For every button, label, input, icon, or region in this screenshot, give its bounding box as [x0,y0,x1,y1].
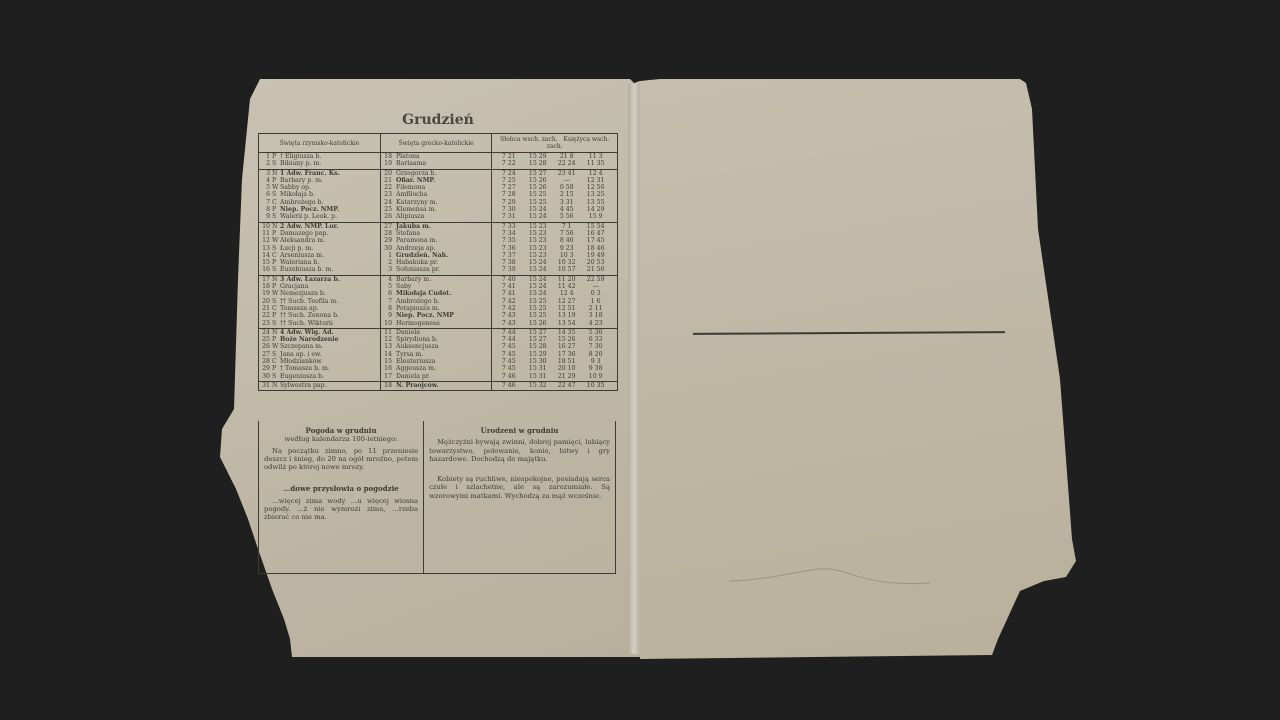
moonrise: 21 8 [552,153,581,160]
times-cell: 7 4415 2715 266 33 [492,336,618,343]
table-row: 10N2 Adw. NMP. Lor.27 Jakuba m.7 3315 23… [259,222,618,230]
greek-catholic-cell: 7 Ambrożego b. [381,298,492,305]
born-men-text: Mężczyźni bywają zwinni, dobrej pamięci,… [429,438,610,463]
gk-saint: Paramona m. [396,237,437,244]
roman-catholic-cell: 4PBarbary p. m. [259,177,381,184]
roman-catholic-cell: 31NSylwestra pap. [259,381,381,390]
greek-catholic-cell: 3 Sofoniasza pr. [381,266,492,275]
gk-saint: Grzegorza b. [396,170,436,177]
gk-saint: Filemona [396,184,425,191]
greek-catholic-cell: 11 Daniela [381,328,492,336]
day-number: 19 [261,290,270,297]
gk-saint: Tyrsa m. [396,351,423,358]
rk-saint: Sylwestra pap. [280,382,327,389]
table-row: 2SBibiany p. m.19 Barlaama7 2215 2822 24… [259,160,618,169]
header-sun: Słońca wsch. zach. [500,136,558,143]
sunset: 15 23 [523,245,552,252]
times-cell: 7 3915 2410 5721 56 [492,266,618,275]
moonrise: 10 32 [552,259,581,266]
sunset: 15 29 [523,351,552,358]
sunrise: 7 37 [494,252,523,259]
rk-saint: Euzebiusza b. m. [280,266,333,273]
weather-subtitle: według kalendarza 100-letniego: [264,435,418,443]
weekday: S [272,160,280,167]
day-number: 6 [261,191,270,198]
table-row: 25PBoże Narodzenie12 Spirydiona b.7 4415… [259,336,618,343]
weekday: P [272,153,280,160]
greek-catholic-cell: 12 Spirydiona b. [381,336,492,343]
weekday: W [272,237,280,244]
gk-saint: Platona [396,153,420,160]
sunset: 15 23 [523,237,552,244]
gk-day-number: 3 [383,266,392,273]
calendar-body: 1P† Eligiusza b.18 Platona7 2115 2921 81… [259,153,618,391]
day-number: 17 [261,276,270,283]
day-number: 26 [261,343,270,350]
roman-catholic-cell: 5WSabby op. [259,184,381,191]
times-cell: 7 4215 2512 512 11 [492,305,618,312]
sunset: 15 24 [523,283,552,290]
sunset: 15 24 [523,290,552,297]
greek-catholic-cell: 30 Andrzeja ap. [381,245,492,252]
sunrise: 7 25 [494,177,523,184]
day-number: 7 [261,199,270,206]
moonrise: 3 31 [552,199,581,206]
sunrise: 7 41 [494,283,523,290]
rk-saint: Barbary p. m. [280,177,323,184]
weather-box: Pogoda w grudniu według kalendarza 100-l… [259,421,424,573]
moonrise: 16 27 [552,343,581,350]
rk-saint: Bibiany p. m. [280,160,321,167]
roman-catholic-cell: 8PNiep. Pocz. NMP. [259,206,381,213]
table-row: 19WNemezjusza b.6 Mikołaja Cudot.7 4115 … [259,290,618,297]
weekday: P [272,206,280,213]
day-number: 12 [261,237,270,244]
table-row: 5WSabby op.22 Filemona7 2715 260 5812 56 [259,184,618,191]
moonset: 10 35 [581,382,610,389]
rk-saint: † Tomasza b. m. [280,365,330,372]
rk-saint: 3 Adw. Łazarza b. [280,276,340,283]
table-row: 28CMłodzianków15 Eleuteriusza7 4515 3018… [259,358,618,365]
rk-saint: 2 Adw. NMP. Lor. [280,223,338,230]
rk-saint: Walerii p. Leok. p. [280,213,337,220]
sunrise: 7 24 [494,170,523,177]
moonset: 10 9 [581,373,610,380]
roman-catholic-cell: 1P† Eligiusza b. [259,153,381,161]
gk-saint: Daniela pr. [396,373,430,380]
roman-catholic-cell: 24N4 Adw. Wig. Ad. [259,328,381,336]
sunset: 15 26 [523,184,552,191]
day-number: 1 [261,153,270,160]
greek-catholic-cell: 9 Niep. Pocz. NMP [381,312,492,319]
times-cell: 7 3815 2410 3220 53 [492,259,618,266]
gk-day-number: 18 [383,382,392,389]
roman-catholic-cell: 28CMłodzianków [259,358,381,365]
sunset: 15 28 [523,343,552,350]
gk-saint: Potapiusza m. [396,305,440,312]
rk-saint: Niep. Pocz. NMP. [280,206,339,213]
times-cell: 7 4315 2513 193 18 [492,312,618,319]
table-row: 24N4 Adw. Wig. Ad.11 Daniela7 4415 2714 … [259,328,618,336]
greek-catholic-cell: 24 Katarzyny m. [381,199,492,206]
roman-catholic-cell: 20S†† Sucb. Teofila m. [259,298,381,305]
day-number: 14 [261,252,270,259]
gk-day-number: 30 [383,245,392,252]
times-cell: 7 3415 237 5616 47 [492,230,618,237]
weekday: N [272,329,280,336]
times-cell: 7 4115 2411 42— [492,283,618,290]
moonset: 22 59 [581,276,610,283]
gk-saint: Ambrożego b. [396,298,439,305]
sunrise: 7 42 [494,305,523,312]
sunset: 15 27 [523,336,552,343]
greek-catholic-cell: 21 Ofiar. NMP. [381,177,492,184]
sunrise: 7 45 [494,365,523,372]
sunset: 15 30 [523,358,552,365]
greek-catholic-cell: 15 Eleuteriusza [381,358,492,365]
sunrise: 7 46 [494,382,523,389]
moonrise: 5 56 [552,213,581,220]
weekday: N [272,276,280,283]
gk-saint: Ofiar. NMP. [396,177,435,184]
calendar-december: Grudzień Święta rzymsko-katolickie Święt… [258,112,618,391]
greek-catholic-cell: 6 Mikołaja Cudot. [381,290,492,297]
roman-catholic-cell: 29P† Tomasza b. m. [259,365,381,372]
sunset: 15 25 [523,305,552,312]
weekday: N [272,170,280,177]
gk-saint: Grudzień. Nah. [396,252,448,259]
gk-day-number: 29 [383,237,392,244]
sunrise: 7 42 [494,298,523,305]
greek-catholic-cell: 26 Alipiusza [381,213,492,222]
gk-saint: Niep. Pocz. NMP [396,312,454,319]
weather-text: Na początku zimno, po 11 przeniesie desz… [264,447,418,472]
moonset: 9 3 [581,358,610,365]
info-boxes: Pogoda w grudniu według kalendarza 100-l… [258,421,616,574]
table-row: 15PWaleriana b.2 Habakuka pr.7 3815 2410… [259,259,618,266]
proverbs-title: …dowe przysłowia o pogodzie [264,485,418,493]
times-cell: 7 2515 26—12 31 [492,177,618,184]
roman-catholic-cell: 27SJana ap. i ew. [259,351,381,358]
gk-day-number: 17 [383,373,392,380]
times-cell: 7 3015 244 4514 29 [492,206,618,213]
table-row: 12WAleksandra m.29 Paramona m.7 3515 238… [259,237,618,244]
table-row: 7CAmbrożego b.24 Katarzyny m.7 2915 253 … [259,199,618,206]
rk-saint: Tomasza ap. [280,305,319,312]
gk-day-number: 19 [383,160,392,167]
greek-catholic-cell: 19 Barlaama [381,160,492,169]
weekday: P [272,312,280,319]
table-row: 22P†† Such. Zenona b.9 Niep. Pocz. NMP7 … [259,312,618,319]
day-number: 23 [261,320,270,327]
gk-day-number: 14 [383,351,392,358]
sunrise: 7 28 [494,191,523,198]
table-row: 16SEuzebiusza b. m.3 Sofoniasza pr.7 391… [259,266,618,275]
moonrise: 7 56 [552,230,581,237]
roman-catholic-cell: 15PWaleriana b. [259,259,381,266]
moonrise: 20 10 [552,365,581,372]
roman-catholic-cell: 3N1 Adw. Franc. Ks. [259,169,381,177]
sunrise: 7 46 [494,373,523,380]
gk-day-number: 16 [383,365,392,372]
gk-day-number: 13 [383,343,392,350]
gk-saint: Katarzyny m. [396,199,437,206]
moonset: 6 33 [581,336,610,343]
weekday: P [272,177,280,184]
gk-day-number: 5 [383,283,392,290]
sunset: 15 31 [523,373,552,380]
sunrise: 7 43 [494,312,523,319]
sunrise: 7 33 [494,223,523,230]
gk-day-number: 9 [383,312,392,319]
weekday: W [272,290,280,297]
table-row: 18PGracjana5 Saby7 4115 2411 42— [259,283,618,290]
times-cell: 7 4015 2411 2022 59 [492,275,618,283]
greek-catholic-cell: 16 Aggeusza m. [381,365,492,372]
gk-day-number: 10 [383,320,392,327]
table-row: 17N3 Adw. Łazarza b.4 Barbary m.7 4015 2… [259,275,618,283]
gk-saint: Spirydiona b. [396,336,438,343]
moonset: 13 55 [581,199,610,206]
table-row: 8PNiep. Pocz. NMP.25 Klemensa m.7 3015 2… [259,206,618,213]
day-number: 22 [261,312,270,319]
roman-catholic-cell: 30SEugeniusza b. [259,373,381,382]
times-cell: 7 2715 260 5812 56 [492,184,618,191]
gk-day-number: 24 [383,199,392,206]
day-number: 4 [261,177,270,184]
sunrise: 7 45 [494,343,523,350]
moonrise: 13 19 [552,312,581,319]
rk-saint: Ambrożego b. [280,199,323,206]
gk-day-number: 12 [383,336,392,343]
table-row: 3N1 Adw. Franc. Ks.20 Grzegorza b.7 2415… [259,169,618,177]
moonrise: 11 42 [552,283,581,290]
sunset: 15 24 [523,259,552,266]
rk-saint: Damazego pap. [280,230,328,237]
rk-saint: Aleksandra m. [280,237,325,244]
moonrise: 9 23 [552,245,581,252]
sunset: 15 32 [523,382,552,389]
moonset: 16 47 [581,230,610,237]
roman-catholic-cell: 25PBoże Narodzenie [259,336,381,343]
moonrise: 2 15 [552,191,581,198]
table-row: 13SŁucji p. m.30 Andrzeja ap.7 3615 239 … [259,245,618,252]
weekday: P [272,259,280,266]
sunset: 15 26 [523,177,552,184]
rk-saint: †† Sucb. Teofila m. [280,298,338,305]
gk-saint: Amfilocha [396,191,427,198]
moonrise: 7 1 [552,223,581,230]
weekday: S [272,266,280,273]
day-number: 15 [261,259,270,266]
weekday: C [272,199,280,206]
greek-catholic-cell: 2 Habakuka pr. [381,259,492,266]
moonset: 8 20 [581,351,610,358]
weekday: S [272,298,280,305]
sunset: 15 28 [523,160,552,167]
gk-saint: Jakuba m. [396,223,431,230]
table-row: 9SWalerii p. Leok. p.26 Alipiusza7 3115 … [259,213,618,222]
moonrise: 22 24 [552,160,581,167]
gk-saint: Alipiusza [396,213,424,220]
moonrise: 17 36 [552,351,581,358]
moonset: 15 9 [581,213,610,220]
born-box: Urodzeni w grudniu Mężczyźni bywają zwin… [424,421,615,573]
moonrise: 11 20 [552,276,581,283]
table-row: 26WSzczepana m.13 Auksencjusza7 4515 281… [259,343,618,350]
roman-catholic-cell: 14CArseniusza m. [259,252,381,259]
day-number: 8 [261,206,270,213]
rk-saint: Boże Narodzenie [280,336,339,343]
moonrise: 12 4 [552,290,581,297]
times-cell: 7 4115 2412 40 3 [492,290,618,297]
greek-catholic-cell: 18 N. Praojców. [381,381,492,390]
weekday: C [272,305,280,312]
day-number: 10 [261,223,270,230]
greek-catholic-cell: 27 Jakuba m. [381,222,492,230]
times-cell: 7 2815 252 1513 25 [492,191,618,198]
roman-catholic-cell: 7CAmbrożego b. [259,199,381,206]
table-row: 1P† Eligiusza b.18 Platona7 2115 2921 81… [259,153,618,161]
header-greek-catholic: Święta grecko-katolickie [381,134,492,153]
rk-saint: Młodzianków [280,358,322,365]
gk-saint: Andrzeja ap. [396,245,436,252]
moonset: 11 3 [581,153,610,160]
times-cell: 7 3515 238 4617 45 [492,237,618,244]
gk-saint: Stefana [396,230,420,237]
proverbs-text: …więcej zima wody …u więcej wiosna pogod… [264,497,418,522]
moonset: 7 30 [581,343,610,350]
gk-saint: Hermogenesa [396,320,440,327]
weekday: N [272,223,280,230]
roman-catholic-cell: 22P†† Such. Zenona b. [259,312,381,319]
moonset: 20 53 [581,259,610,266]
times-cell: 7 4615 3121 2910 9 [492,373,618,382]
gk-day-number: 15 [383,358,392,365]
sunset: 15 25 [523,298,552,305]
roman-catholic-cell: 9SWalerii p. Leok. p. [259,213,381,222]
sunset: 15 24 [523,266,552,273]
sunset: 15 24 [523,206,552,213]
sunrise: 7 39 [494,266,523,273]
gk-day-number: 27 [383,223,392,230]
gk-saint: Barlaama [396,160,426,167]
rk-saint: 4 Adw. Wig. Ad. [280,329,334,336]
table-row: 11PDamazego pap.28 Stefana7 3415 237 561… [259,230,618,237]
weather-title: Pogoda w grudniu [264,427,418,435]
sunrise: 7 40 [494,276,523,283]
moonset: 12 56 [581,184,610,191]
times-cell: 7 2415 2723 4112 4 [492,169,618,177]
day-number: 11 [261,230,270,237]
greek-catholic-cell: 29 Paramona m. [381,237,492,244]
times-cell: 7 3315 237 115 54 [492,222,618,230]
times-cell: 7 4615 3222 4710 35 [492,381,618,390]
weekday: P [272,283,280,290]
gk-day-number: 1 [383,252,392,259]
moonset: 15 54 [581,223,610,230]
greek-catholic-cell: 1 Grudzień. Nah. [381,252,492,259]
table-row: 31NSylwestra pap.18 N. Praojców.7 4615 3… [259,381,618,390]
moonset: 19 49 [581,252,610,259]
moonrise: 10 3 [552,252,581,259]
roman-catholic-cell: 26WSzczepana m. [259,343,381,350]
moonrise: 12 51 [552,305,581,312]
sunset: 15 31 [523,365,552,372]
day-number: 25 [261,336,270,343]
rk-saint: †† Such. Zenona b. [280,312,339,319]
table-row: 27SJana ap. i ew.14 Tyrsa m.7 4515 2917 … [259,351,618,358]
gk-day-number: 22 [383,184,392,191]
moonset: 13 25 [581,191,610,198]
greek-catholic-cell: 17 Daniela pr. [381,373,492,382]
greek-catholic-cell: 5 Saby [381,283,492,290]
roman-catholic-cell: 19WNemezjusza b. [259,290,381,297]
sunrise: 7 30 [494,206,523,213]
moonrise: 13 54 [552,320,581,327]
times-cell: 7 4515 2816 277 30 [492,343,618,350]
times-cell: 7 4515 3120 109 38 [492,365,618,372]
roman-catholic-cell: 6SMikołaja b. [259,191,381,198]
times-cell: 7 3115 245 5615 9 [492,213,618,222]
table-row: 21CTomasza ap.8 Potapiusza m.7 4215 2512… [259,305,618,312]
moonrise: — [552,177,581,184]
sunrise: 7 38 [494,259,523,266]
sunrise: 7 21 [494,153,523,160]
gk-day-number: 2 [383,259,392,266]
greek-catholic-cell: 20 Grzegorza b. [381,169,492,177]
rk-saint: Jana ap. i ew. [280,351,322,358]
roman-catholic-cell: 18PGracjana [259,283,381,290]
gk-saint: Klemensa m. [396,206,436,213]
page-title: Grudzień [258,112,618,128]
moonrise: 23 41 [552,170,581,177]
moonset: 14 29 [581,206,610,213]
moonset: 5 30 [581,329,610,336]
sunrise: 7 45 [494,351,523,358]
moonrise: 8 46 [552,237,581,244]
rk-saint: Łucji p. m. [280,245,313,252]
gk-saint: Mikołaja Cudot. [396,290,451,297]
gk-day-number: 18 [383,153,392,160]
weekday: S [272,245,280,252]
table-row: 30SEugeniusza b.17 Daniela pr.7 4615 312… [259,373,618,382]
sunset: 15 25 [523,199,552,206]
moonset: 0 3 [581,290,610,297]
gk-day-number: 26 [383,213,392,220]
table-row: 14CArseniusza m.1 Grudzień. Nah.7 3715 2… [259,252,618,259]
moonset: 12 4 [581,170,610,177]
roman-catholic-cell: 2SBibiany p. m. [259,160,381,169]
weekday: W [272,343,280,350]
moonset: 21 56 [581,266,610,273]
sunrise: 7 27 [494,184,523,191]
rk-saint: Nemezjusza b. [280,290,326,297]
weekday: N [272,382,280,389]
table-row: 23S†† Such. Wiktorii10 Hermogenesa7 4315… [259,320,618,329]
sunset: 15 29 [523,153,552,160]
gk-day-number: 21 [383,177,392,184]
sunrise: 7 44 [494,336,523,343]
gk-saint: N. Praojców. [396,382,439,389]
gk-day-number: 7 [383,298,392,305]
gk-saint: Saby [396,283,411,290]
weekday: W [272,184,280,191]
day-number: 20 [261,298,270,305]
day-number: 27 [261,351,270,358]
moonset: 9 38 [581,365,610,372]
times-cell: 7 2915 253 3113 55 [492,199,618,206]
